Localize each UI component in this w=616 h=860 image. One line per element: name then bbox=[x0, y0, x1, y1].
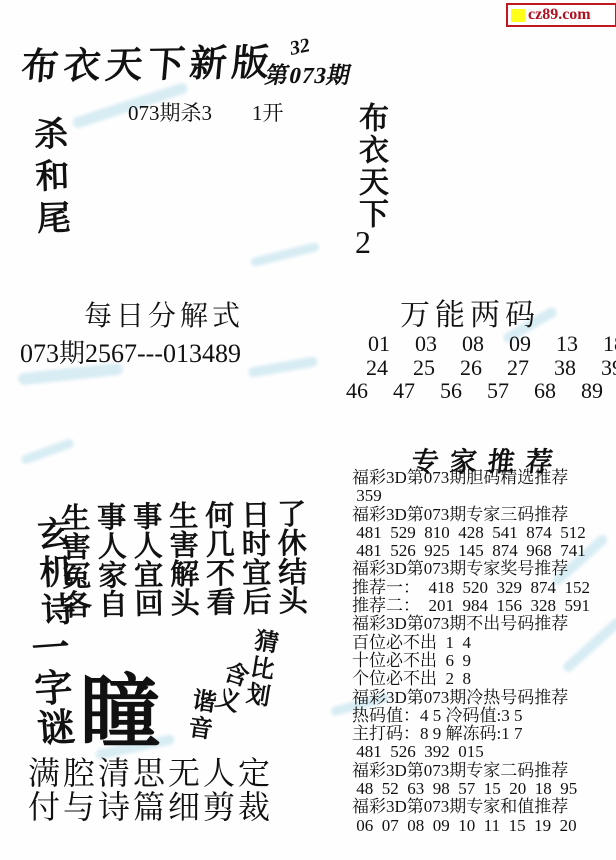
bottom-poem-line: 付与诗篇细剪裁 bbox=[28, 790, 273, 824]
expert-recommendation-list: 福彩3D第073期胆码精选推荐 359 福彩3D第073期专家三码推荐 481 … bbox=[352, 469, 614, 835]
expert-line: 481 529 810 428 541 874 512 bbox=[352, 524, 614, 542]
expert-line: 百位必不出 1 4 bbox=[352, 634, 614, 652]
riddle-character: 瞳 bbox=[80, 648, 160, 763]
expert-line: 06 07 08 09 10 11 15 19 20 bbox=[352, 817, 614, 835]
one-character-riddle-label: 一字谜 bbox=[18, 626, 81, 750]
expert-line: 福彩3D第073期专家和值推荐 bbox=[352, 798, 614, 816]
expert-line: 福彩3D第073期专家三码推荐 bbox=[352, 506, 614, 524]
mystery-poem: 生事事生何日了 害人人害几时休 冤家宜解不宜结 各自回头看后头 bbox=[61, 501, 315, 621]
issue-number: 第073期 bbox=[262, 57, 355, 90]
bottom-poem-line: 满腔清思无人定 bbox=[28, 756, 273, 790]
daily-formula-value: 073期2567---013489 bbox=[20, 333, 241, 370]
expert-line: 481 526 392 015 bbox=[352, 743, 614, 761]
poem-line: 各自回头看后头 bbox=[63, 588, 315, 621]
expert-line: 359 bbox=[352, 487, 614, 505]
expert-line: 个位必不出 2 8 bbox=[352, 670, 614, 688]
daily-formula-title: 每日分解式 bbox=[84, 294, 244, 334]
two-codes-row: 01 03 08 09 13 18 19? bbox=[368, 331, 616, 357]
expert-line: 福彩3D第073期冷热号码推荐 bbox=[352, 689, 614, 707]
expert-line: 主打码：8 9 解冻码:1 7 bbox=[352, 725, 614, 743]
bottom-poem: 满腔清思无人定 付与诗篇细剪裁 bbox=[28, 756, 273, 824]
expert-line: 福彩3D第073期胆码精选推荐 bbox=[352, 469, 614, 487]
expert-line: 推荐一： 418 520 329 874 152 bbox=[352, 579, 614, 597]
expert-line: 热码值：4 5 冷码值:3 5 bbox=[352, 707, 614, 725]
two-codes-row: 46 47 56 57 68 89 bbox=[346, 378, 603, 404]
watermark-smudge bbox=[250, 242, 320, 268]
site-logo-text: cz89.com bbox=[528, 7, 591, 23]
riddle-hint-homophone: 谐音 bbox=[178, 686, 220, 744]
expert-line: 481 526 925 145 874 968 741 bbox=[352, 542, 614, 560]
page-title: 布衣天下新版 bbox=[19, 32, 276, 90]
kill-sum-tail-label: 杀和尾 bbox=[22, 115, 75, 243]
watermark-smudge bbox=[248, 356, 319, 378]
kill-number-note: 073期杀3 bbox=[128, 97, 212, 127]
buyi-tianxia-number: 2 bbox=[355, 224, 371, 261]
lottery-chart-page: cz89.com 布衣天下新版 32 第073期 073期杀3 1开 杀和尾 布… bbox=[0, 0, 616, 860]
open-number-note: 1开 bbox=[252, 97, 284, 127]
universal-two-codes-title: 万能两码 bbox=[400, 290, 540, 334]
logo-yellow-square-icon bbox=[511, 9, 525, 22]
expert-line: 十位必不出 6 9 bbox=[352, 652, 614, 670]
expert-line: 福彩3D第073期不出号码推荐 bbox=[352, 615, 614, 633]
site-logo[interactable]: cz89.com bbox=[506, 3, 616, 27]
expert-line: 福彩3D第073期专家奖号推荐 bbox=[352, 560, 614, 578]
buyi-tianxia-label: 布衣天下 bbox=[348, 102, 392, 230]
expert-line: 福彩3D第073期专家二码推荐 bbox=[352, 762, 614, 780]
expert-line: 推荐二： 201 984 156 328 591 bbox=[352, 597, 614, 615]
watermark-smudge bbox=[20, 438, 75, 465]
expert-line: 48 52 63 98 57 15 20 18 95 bbox=[352, 780, 614, 798]
